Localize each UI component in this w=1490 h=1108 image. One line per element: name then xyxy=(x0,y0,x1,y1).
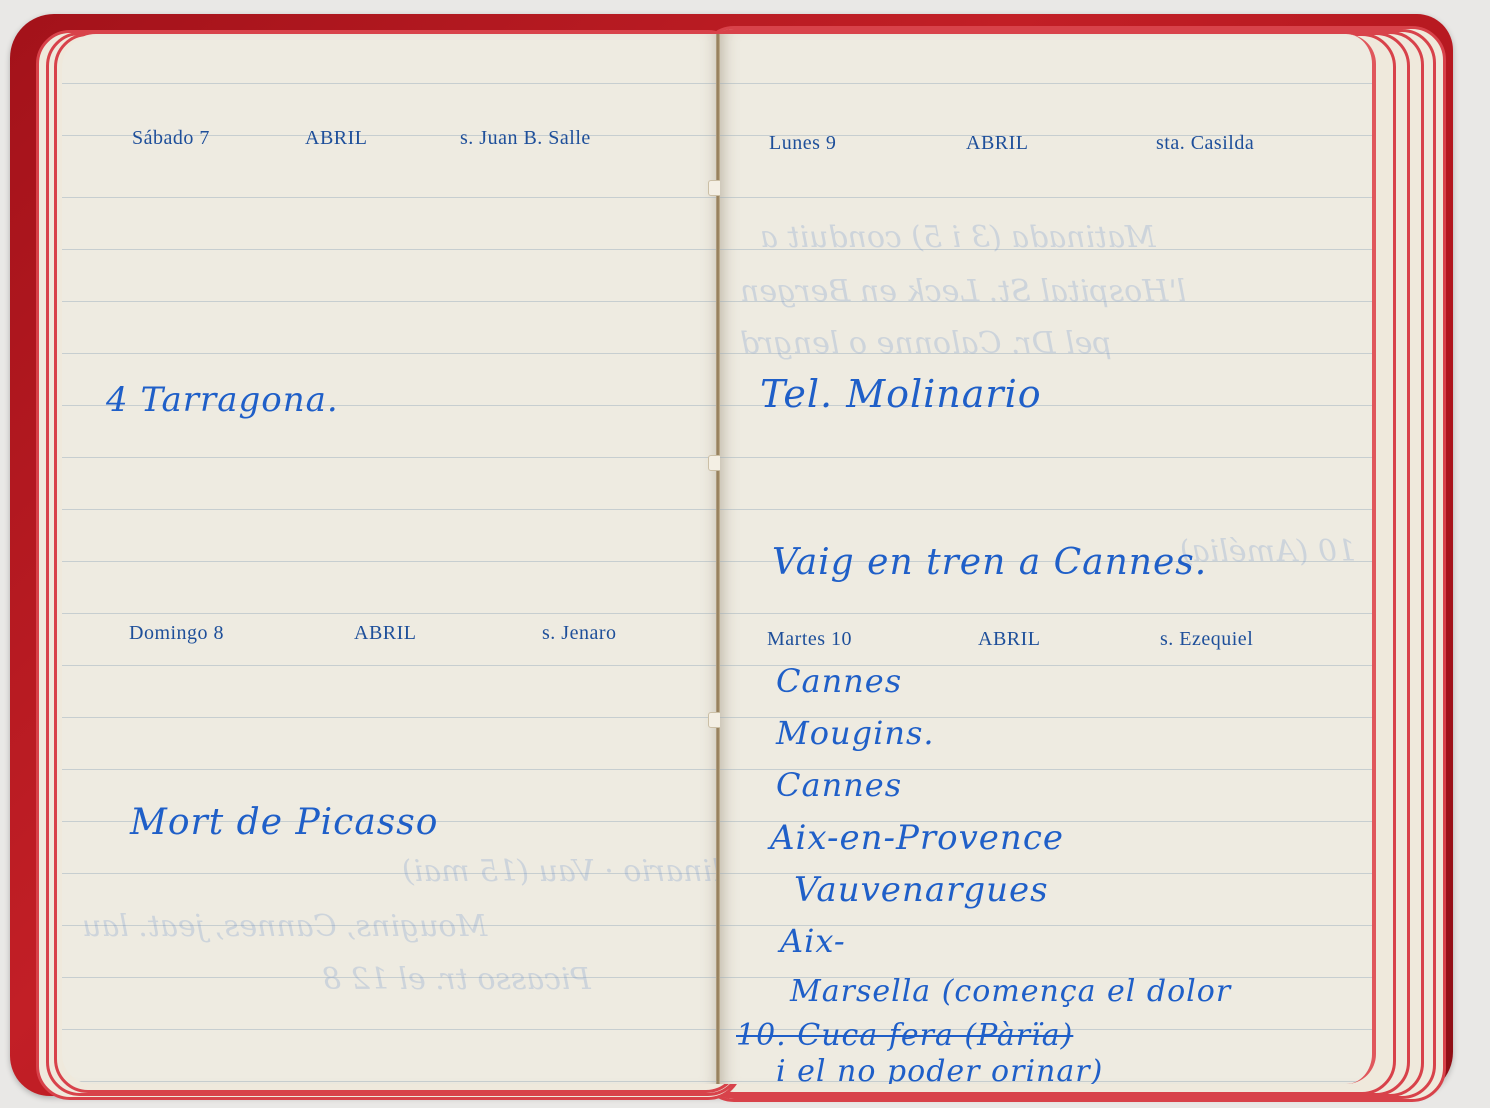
bleed-through-text: l'Hospital St. Leck en Bergen xyxy=(740,274,1186,309)
day-label: Martes 10 xyxy=(767,628,852,651)
saint-label: s. Jenaro xyxy=(542,622,616,645)
left-page: Sábado 7 ABRIL s. Juan B. Salle 4 Tarrag… xyxy=(62,34,720,1084)
handwritten-note: Cannes xyxy=(776,766,902,804)
handwritten-note: Tel. Molinario xyxy=(760,372,1042,416)
handwritten-note: Vaig en tren a Cannes. xyxy=(772,542,1207,583)
handwritten-note: Aix- xyxy=(780,922,846,960)
right-page: Matinada (3 i 5) conduit a l'Hospital St… xyxy=(720,34,1376,1084)
entry-header-sabado: Sábado 7 ABRIL s. Juan B. Salle xyxy=(62,123,720,153)
saint-label: s. Juan B. Salle xyxy=(460,127,591,150)
handwritten-note-struck: 10. Cuca fera (Pàrïa) xyxy=(736,1018,1073,1053)
handwritten-note: Cannes xyxy=(776,662,902,700)
bleed-through-text: Matinada (3 i 5) conduit a xyxy=(760,220,1156,255)
handwritten-note: Mougins. xyxy=(776,714,935,752)
entry-header-lunes: Lunes 9 ABRIL sta. Casilda xyxy=(720,128,1372,158)
bleed-through-text: Molinario · Vau (15 mai) xyxy=(402,854,720,889)
handwritten-note: i el no poder orinar) xyxy=(776,1054,1103,1084)
handwritten-note: Mort de Picasso xyxy=(130,802,438,843)
saint-label: s. Ezequiel xyxy=(1160,628,1253,651)
entry-header-domingo: Domingo 8 ABRIL s. Jenaro xyxy=(62,618,720,648)
day-label: Sábado 7 xyxy=(132,127,210,150)
day-label: Lunes 9 xyxy=(769,132,836,155)
bleed-through-text: Picasso tr. el 12 8 xyxy=(322,962,591,997)
saint-label: sta. Casilda xyxy=(1156,132,1254,155)
bleed-through-text: Mougins, Cannes, jeat. lau xyxy=(82,909,487,944)
day-label: Domingo 8 xyxy=(129,622,224,645)
entry-header-martes: Martes 10 ABRIL s. Ezequiel xyxy=(720,624,1372,654)
handwritten-note: 4 Tarragona. xyxy=(106,380,339,420)
month-label: ABRIL xyxy=(966,132,1029,155)
handwritten-note: Marsella (comença el dolor xyxy=(790,974,1231,1009)
month-label: ABRIL xyxy=(305,127,368,150)
handwritten-note: Vauvenargues xyxy=(794,870,1049,910)
bleed-through-text: pel Dr. Calonne o lengrd xyxy=(740,326,1112,361)
month-label: ABRIL xyxy=(354,622,417,645)
month-label: ABRIL xyxy=(978,628,1041,651)
handwritten-note: Aix-en-Provence xyxy=(770,818,1064,858)
